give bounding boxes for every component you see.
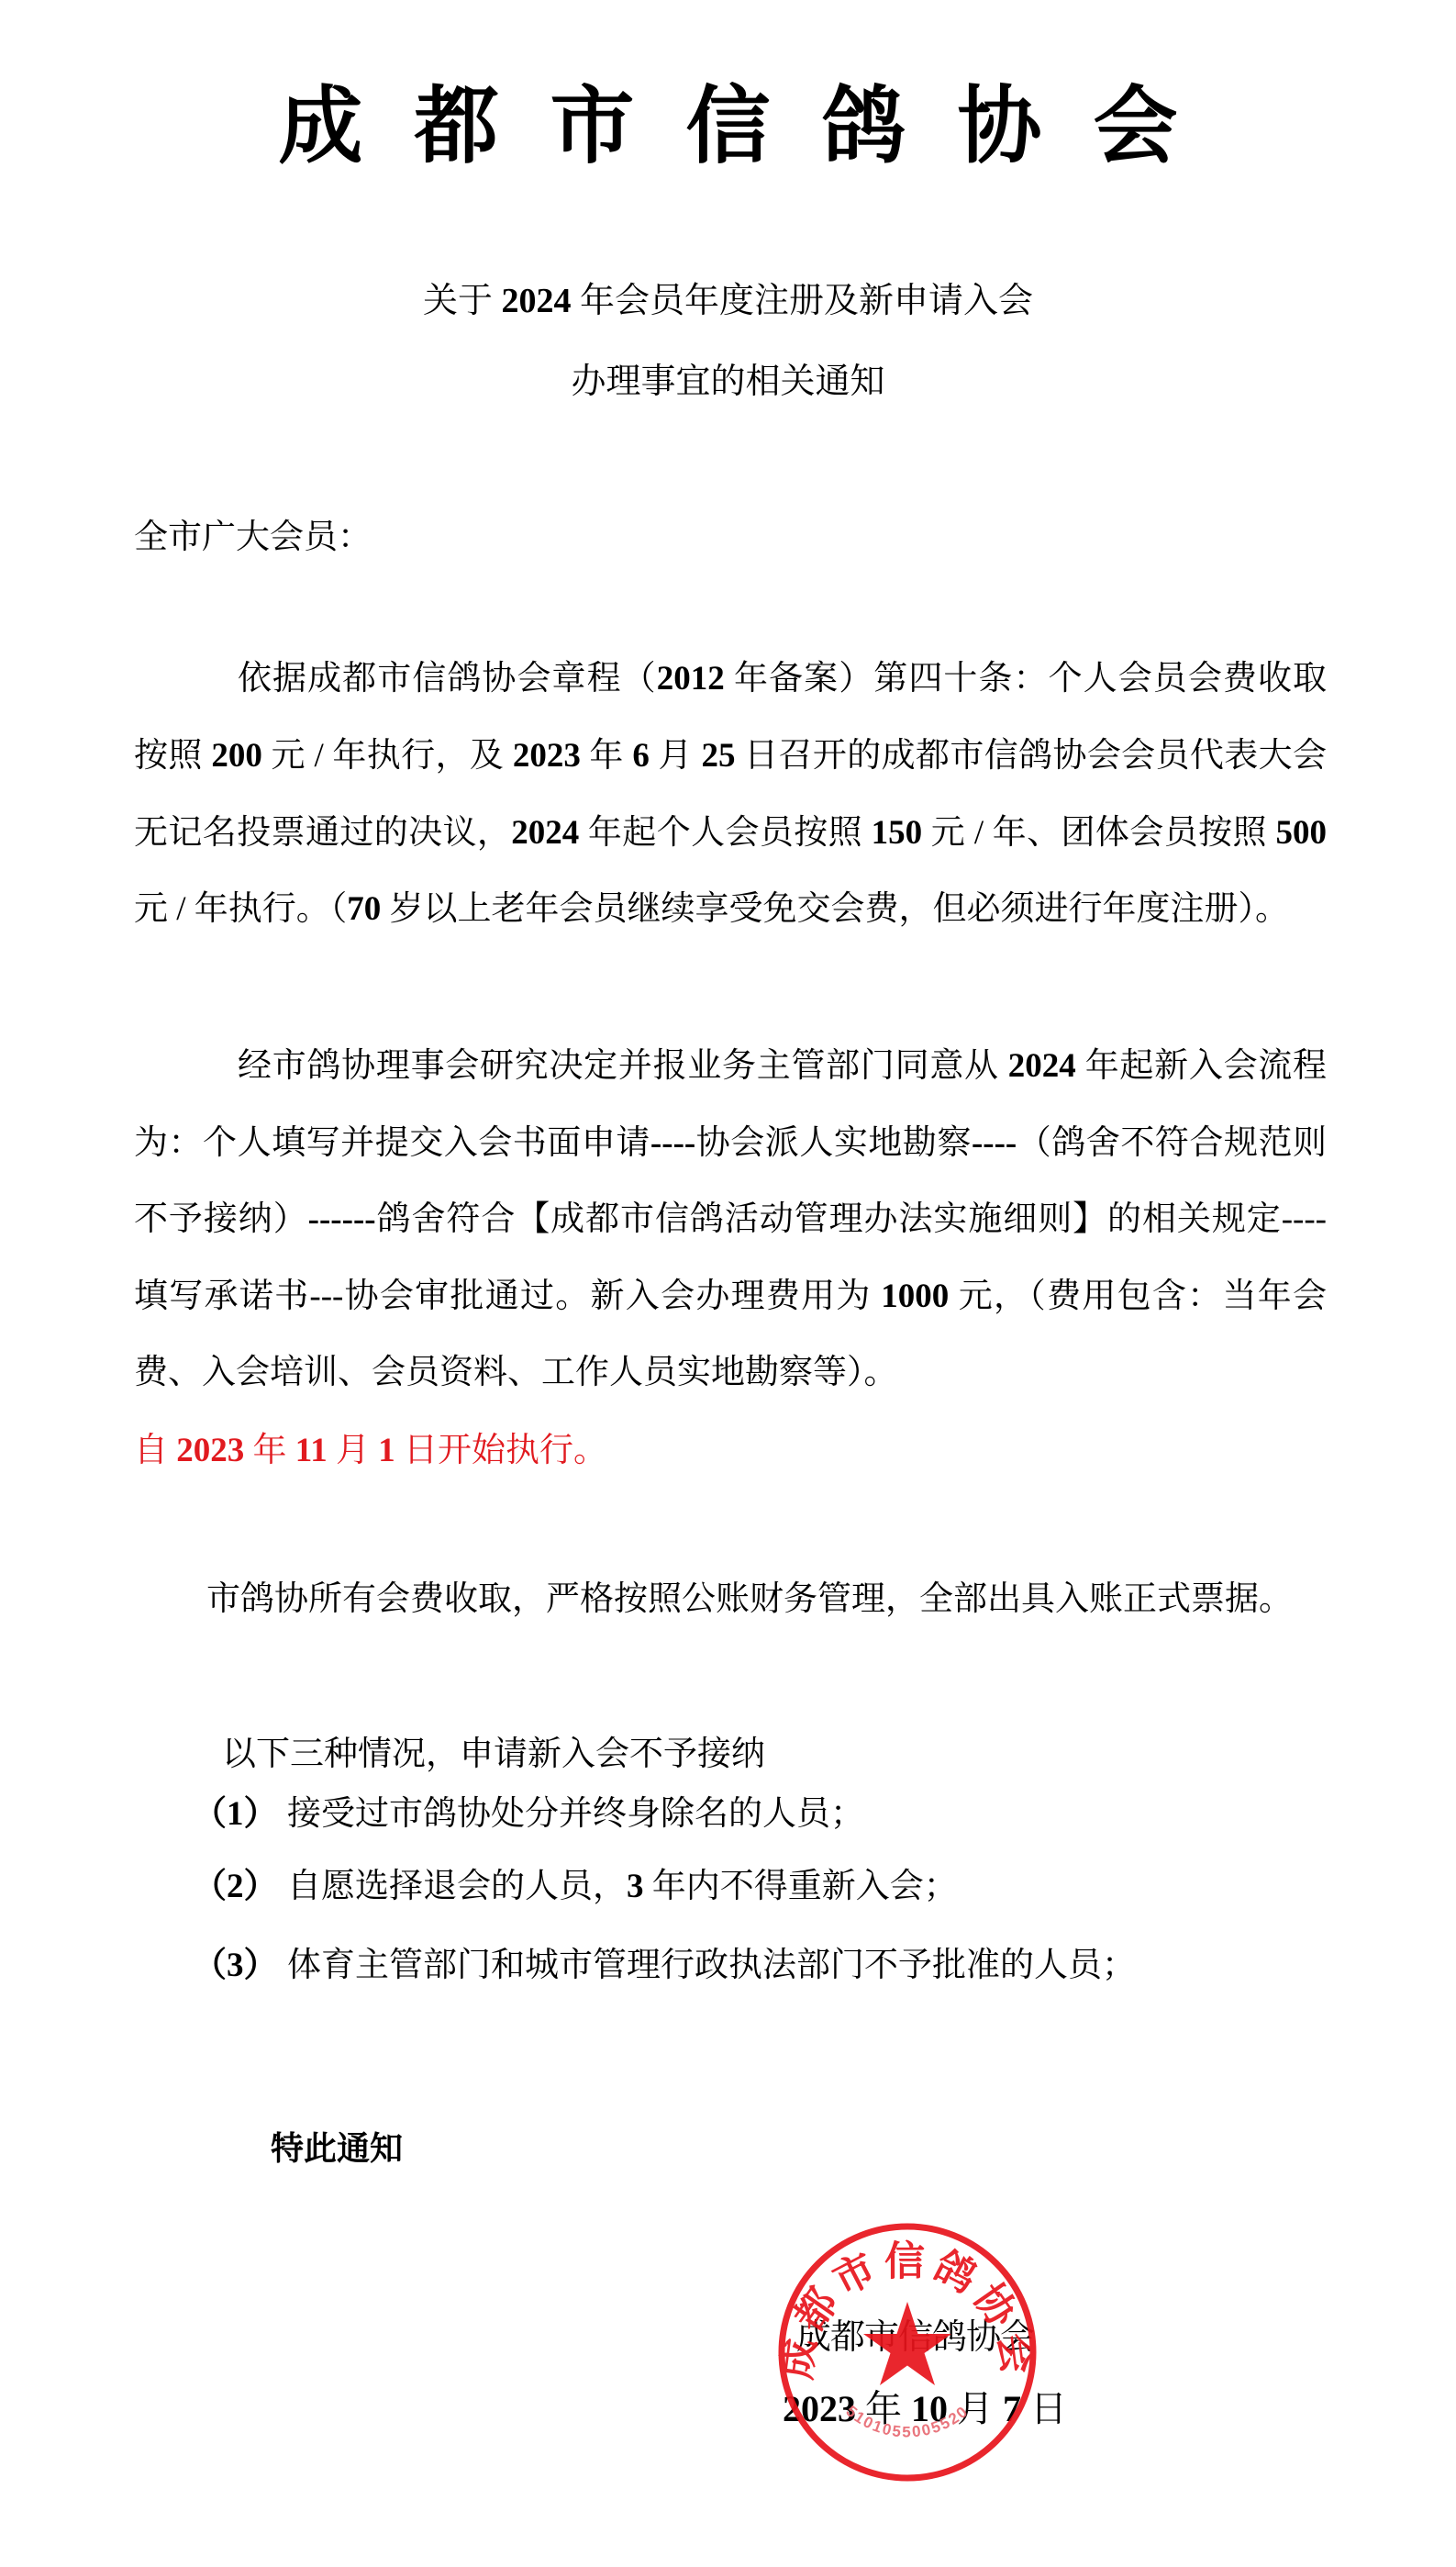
text: 日召开的成都市信鸽协会会员代表大会	[736, 737, 1328, 775]
official-seal: 成都市信鸽协会 5101055005520	[777, 2222, 1038, 2483]
text: 年	[244, 1432, 295, 1469]
bold-value: 25	[702, 737, 736, 775]
paragraph-line: 不予接纳）------鸽舍符合【成都市信鸽活动管理办法实施细则】的相关规定---…	[134, 1200, 1327, 1240]
text: 填写承诺书---协会审批通过。新入会办理费用为	[134, 1278, 881, 1315]
rejection-intro: 以下三种情况，申请新入会不予接纳	[222, 1735, 765, 1775]
text: 元 / 年执行。（	[134, 890, 347, 928]
text: 自	[134, 1432, 176, 1469]
effective-month: 11	[295, 1432, 328, 1469]
title-text: 关于	[423, 282, 502, 320]
rejection-item: （3）体育主管部门和城市管理行政执法部门不予批准的人员；	[193, 1946, 1136, 1986]
paragraph-line: 填写承诺书---协会审批通过。新入会办理费用为 1000 元，（费用包含：当年会	[134, 1277, 1327, 1317]
item-number: （2）	[193, 1867, 287, 1907]
bold-value: 6	[632, 737, 650, 775]
bold-value: ----	[972, 1124, 1017, 1162]
paragraph-line: 经市鸽协理事会研究决定并报业务主管部门同意从 2024 年起新入会流程	[238, 1046, 1327, 1087]
seal-code: 5101055005520	[842, 2402, 972, 2440]
item-number: （1）	[193, 1794, 287, 1835]
paragraph-line: 为：个人填写并提交入会书面申请----协会派人实地勘察----（鸽舍不符合规范则	[134, 1123, 1327, 1164]
star-icon	[863, 2302, 951, 2385]
paragraph-financial-management: 市鸽协所有会费收取，严格按照公账财务管理，全部出具入账正式票据。	[206, 1579, 1293, 1620]
paragraph-line: 费、入会培训、会员资料、工作人员实地勘察等）。	[134, 1353, 898, 1393]
bold-value: 2012	[657, 660, 725, 698]
text: 月	[650, 737, 702, 775]
item-years: 3	[627, 1868, 644, 1905]
bold-value: 2024	[1008, 1047, 1076, 1085]
text: 月	[328, 1432, 379, 1469]
org-title: 成都市信鸽协会	[0, 81, 1456, 173]
bold-value: 500	[1276, 814, 1328, 852]
bold-value: 1000	[881, 1278, 949, 1315]
effective-year: 2023	[176, 1432, 244, 1469]
paragraph-line: 元 / 年执行。（70 岁以上老年会员继续享受免交会费，但必须进行年度注册）。	[134, 889, 1289, 930]
text: （鸽舍不符合规范则	[1017, 1124, 1327, 1162]
salutation: 全市广大会员：	[134, 518, 372, 558]
text: 依据成都市信鸽协会章程（	[238, 660, 657, 698]
bold-value: ----	[650, 1124, 695, 1162]
bold-value: 70	[347, 890, 381, 928]
text: 费、入会培训、会员资料、工作人员实地勘察等）。	[134, 1354, 898, 1391]
rejection-item: （2）自愿选择退会的人员，3 年内不得重新入会；	[193, 1867, 958, 1907]
text: 元 / 年执行，及	[262, 737, 513, 775]
text: 鸽舍符合【成都市信鸽活动管理办法实施细则】的相关规定----	[376, 1200, 1327, 1238]
text: 年	[581, 737, 633, 775]
text: 经市鸽协理事会研究决定并报业务主管部门同意从	[238, 1047, 1008, 1085]
effective-day: 1	[378, 1432, 395, 1469]
bold-value: 150	[872, 814, 923, 852]
text: 岁以上老年会员继续享受免交会费，但必须进行年度注册）。	[381, 890, 1289, 928]
notice-title-line1: 关于 2024 年会员年度注册及新申请入会	[0, 281, 1456, 321]
bold-value: 2024	[511, 814, 579, 852]
text: 日开始执行。	[395, 1432, 607, 1469]
text: 不予接纳）	[134, 1200, 308, 1238]
bold-value: 200	[211, 737, 262, 775]
paragraph-line: 依据成都市信鸽协会章程（2012 年备案）第四十条：个人会员会费收取	[238, 659, 1327, 699]
effective-date-notice: 自 2023 年 11 月 1 日开始执行。	[134, 1431, 607, 1471]
item-text: 年内不得重新入会；	[644, 1868, 958, 1905]
text: 年起个人会员按照	[579, 814, 871, 852]
paragraph-line: 无记名投票通过的决议，2024 年起个人会员按照 150 元 / 年、团体会员按…	[134, 813, 1327, 854]
title-text: 年会员年度注册及新申请入会	[572, 282, 1034, 320]
text: 年起新入会流程	[1076, 1047, 1327, 1085]
rejection-item: （1）接受过市鸽协处分并终身除名的人员；	[193, 1794, 864, 1835]
closing-remark: 特此通知	[271, 2129, 403, 2170]
bold-value: ------	[308, 1200, 376, 1238]
item-text: 自愿选择退会的人员，	[287, 1868, 627, 1905]
paragraph-line: 按照 200 元 / 年执行，及 2023 年 6 月 25 日召开的成都市信鸽…	[134, 736, 1327, 776]
text: 按照	[134, 737, 211, 775]
text: 元 / 年、团体会员按照	[922, 814, 1275, 852]
bold-value: 2023	[513, 737, 581, 775]
text: 无记名投票通过的决议，	[134, 814, 511, 852]
title-year: 2024	[502, 282, 572, 320]
item-text: 体育主管部门和城市管理行政执法部门不予批准的人员；	[287, 1947, 1136, 1984]
item-number: （3）	[193, 1946, 287, 1986]
text: 年备案）第四十条：个人会员会费收取	[725, 660, 1327, 698]
text: 协会派人实地勘察	[695, 1124, 972, 1162]
item-text: 接受过市鸽协处分并终身除名的人员；	[287, 1795, 864, 1833]
text: 为：个人填写并提交入会书面申请	[134, 1124, 650, 1162]
notice-title-line2: 办理事宜的相关通知	[0, 362, 1456, 402]
text: 元，（费用包含：当年会	[949, 1278, 1327, 1315]
